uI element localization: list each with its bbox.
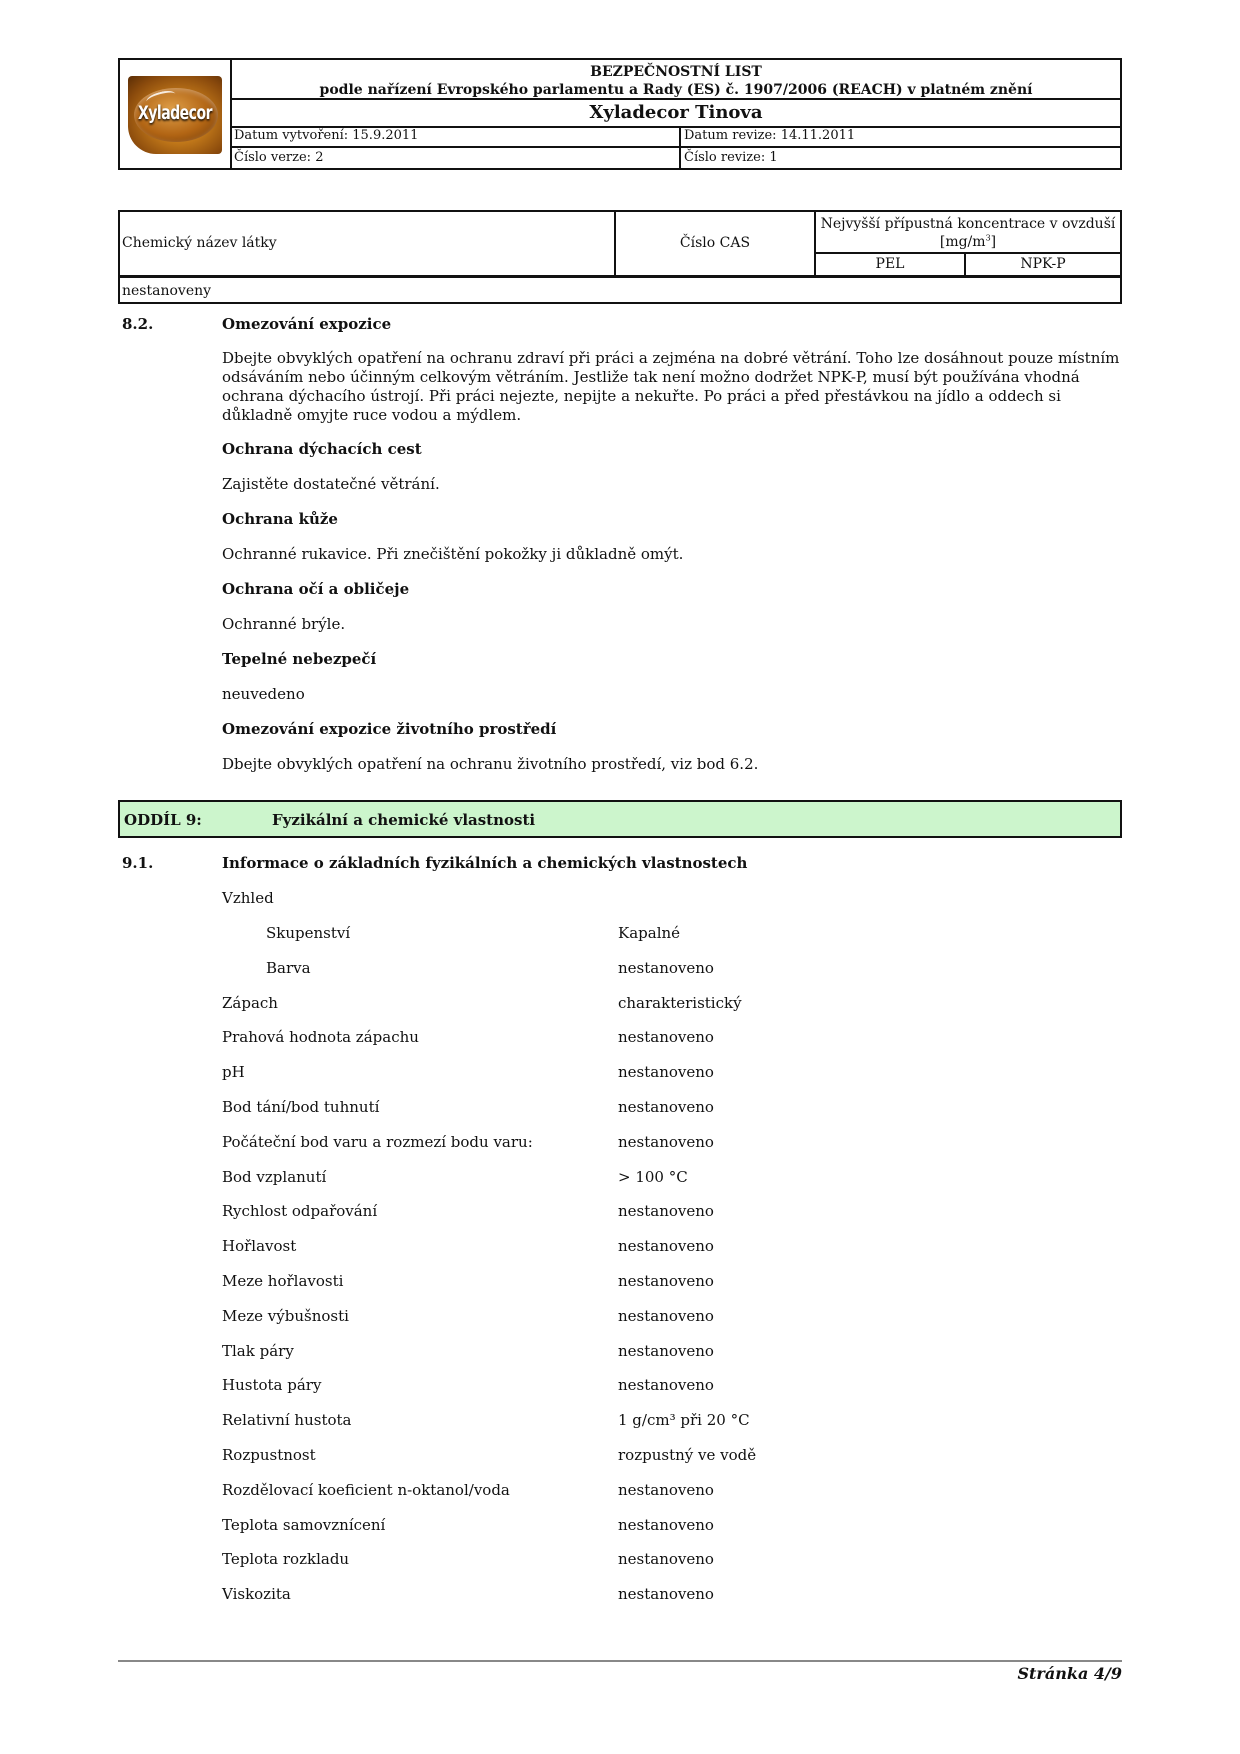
property-label: Tlak páry: [222, 1342, 294, 1360]
section-number-8-2: 8.2.: [122, 315, 153, 333]
property-label: Bod tání/bod tuhnutí: [222, 1098, 379, 1116]
logo-text: Xyladecor: [128, 104, 222, 125]
dates-row: Datum vytvoření: 15.9.2011 Datum revize:…: [232, 126, 1120, 148]
property-value: 1 g/cm³ při 20 °C: [618, 1411, 750, 1429]
property-value: charakteristický: [618, 994, 742, 1012]
property-label: Relativní hustota: [222, 1411, 352, 1429]
property-label: pH: [222, 1063, 245, 1081]
property-label: Skupenství: [266, 924, 350, 942]
property-label: Počáteční bod varu a rozmezí bodu varu:: [222, 1133, 533, 1151]
subsection-text: Ochranné brýle.: [222, 615, 1122, 634]
property-label: Zápach: [222, 994, 278, 1012]
property-value: nestanoveno: [618, 1098, 714, 1116]
property-label: Rozpustnost: [222, 1446, 316, 1464]
version-number: Číslo verze: 2: [234, 148, 674, 168]
footer-divider: [118, 1660, 1122, 1662]
section-title-8-2: Omezování expozice: [222, 315, 391, 333]
page-number: Stránka 4/9: [1017, 1664, 1122, 1683]
appearance-label: Vzhled: [222, 889, 274, 907]
subsection-title: Tepelné nebezpečí: [222, 650, 376, 668]
property-label: Hořlavost: [222, 1237, 296, 1255]
revision-date: Datum revize: 14.11.2011: [679, 126, 1120, 146]
column-header-cas: Číslo CAS: [616, 212, 816, 278]
product-name: Xyladecor Tinova: [232, 100, 1120, 128]
section-9-title: Fyzikální a chemické vlastnosti: [272, 802, 535, 838]
document-title: BEZPEČNOSTNÍ LIST podle nařízení Evropsk…: [232, 60, 1120, 100]
limit-label: Nejvyšší přípustná koncentrace v ovzduší…: [821, 216, 1116, 250]
title-line-1: BEZPEČNOSTNÍ LIST: [232, 63, 1120, 81]
property-value: nestanoveno: [618, 1028, 714, 1046]
property-label: Rychlost odpařování: [222, 1202, 377, 1220]
property-value: nestanoveno: [618, 1202, 714, 1220]
section-9-banner: ODDÍL 9: Fyzikální a chemické vlastnosti: [118, 800, 1122, 838]
xyladecor-logo: Xyladecor: [128, 76, 222, 154]
property-label: Bod vzplanutí: [222, 1168, 326, 1186]
property-label: Viskozita: [222, 1585, 291, 1603]
property-value: nestanoveno: [618, 1133, 714, 1151]
property-label: Meze hořlavosti: [222, 1272, 343, 1290]
property-label: Barva: [266, 959, 311, 977]
property-value: Kapalné: [618, 924, 680, 942]
section-9-label: ODDÍL 9:: [124, 802, 202, 838]
property-value: nestanoveno: [618, 1516, 714, 1534]
property-value: nestanoveno: [618, 1272, 714, 1290]
versions-row: Číslo verze: 2 Číslo revize: 1: [232, 148, 1120, 168]
property-label: Meze výbušnosti: [222, 1307, 349, 1325]
exposure-limits-table: Chemický název látky Číslo CAS Nejvyšší …: [118, 210, 1122, 304]
subsection-title: Ochrana dýchacích cest: [222, 440, 422, 458]
document-header: Xyladecor BEZPEČNOSTNÍ LIST podle naříze…: [118, 58, 1122, 170]
column-header-limit: Nejvyšší přípustná koncentrace v ovzduší…: [816, 212, 1120, 254]
property-label: Prahová hodnota zápachu: [222, 1028, 419, 1046]
property-label: Teplota samovznícení: [222, 1516, 385, 1534]
section-title-9-1: Informace o základních fyzikálních a che…: [222, 854, 747, 872]
subsection-text: neuvedeno: [222, 685, 1122, 704]
subsection-title: Omezování expozice životního prostředí: [222, 720, 556, 738]
subsection-text: Zajistěte dostatečné větrání.: [222, 475, 1122, 494]
subsection-text: Ochranné rukavice. Při znečištění pokožk…: [222, 545, 1122, 564]
property-value: nestanoveno: [618, 1481, 714, 1499]
property-value: nestanoveno: [618, 1585, 714, 1603]
property-value: nestanoveno: [618, 1550, 714, 1568]
property-label: Teplota rozkladu: [222, 1550, 349, 1568]
created-date: Datum vytvoření: 15.9.2011: [234, 126, 674, 146]
column-header-chemical-name: Chemický název látky: [120, 212, 616, 278]
property-label: Hustota páry: [222, 1376, 321, 1394]
subsection-text: Dbejte obvyklých opatření na ochranu živ…: [222, 755, 1122, 774]
subsection-title: Ochrana očí a obličeje: [222, 580, 409, 598]
logo-cell: Xyladecor: [120, 60, 232, 168]
property-value: rozpustný ve vodě: [618, 1446, 756, 1464]
property-value: > 100 °C: [618, 1168, 688, 1186]
title-line-2: podle nařízení Evropského parlamentu a R…: [232, 81, 1120, 99]
column-header-npk-p: NPK-P: [966, 254, 1120, 278]
property-value: nestanoveno: [618, 1307, 714, 1325]
property-value: nestanoveno: [618, 1237, 714, 1255]
table-row: nestanoveny: [122, 280, 211, 302]
property-value: nestanoveno: [618, 959, 714, 977]
property-value: nestanoveno: [618, 1342, 714, 1360]
property-label: Rozdělovací koeficient n-oktanol/voda: [222, 1481, 510, 1499]
section-8-2-paragraph: Dbejte obvyklých opatření na ochranu zdr…: [222, 349, 1122, 425]
property-value: nestanoveno: [618, 1063, 714, 1081]
section-number-9-1: 9.1.: [122, 854, 153, 872]
property-value: nestanoveno: [618, 1376, 714, 1394]
column-header-pel: PEL: [816, 254, 966, 278]
limit-label-end: ]: [991, 234, 996, 250]
subsection-title: Ochrana kůže: [222, 510, 338, 528]
revision-number: Číslo revize: 1: [679, 148, 1120, 168]
